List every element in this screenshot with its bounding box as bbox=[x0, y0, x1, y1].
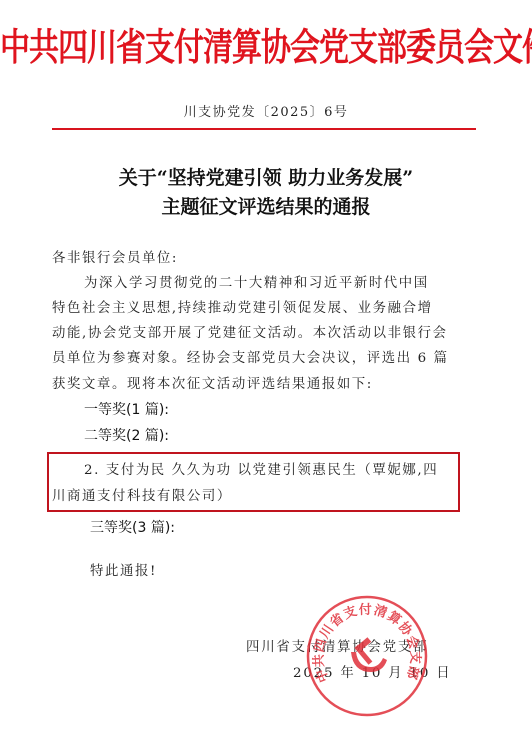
signature-date: 2025 年 10 月 10 日 bbox=[293, 662, 451, 681]
document-title-line-2: 主题征文评选结果的通报 bbox=[0, 192, 532, 219]
document-number: 川支协党发〔2025〕6号 bbox=[0, 101, 532, 120]
highlighted-entry-line-2: 川商通支付科技有限公司） bbox=[52, 485, 232, 504]
masthead-title: 中共四川省支付清算协会党支部委员会文件 bbox=[0, 16, 532, 71]
third-prize-heading: 三等奖(3 篇): bbox=[90, 517, 175, 537]
official-seal-stamp: 中共四川省支付清算协会支部委员会 bbox=[305, 594, 429, 718]
second-prize-heading: 二等奖(2 篇): bbox=[84, 425, 169, 445]
closing-statement: 特此通报! bbox=[90, 560, 157, 579]
paragraph-line: 特色社会主义思想,持续推动党建引领促发展、业务融合增 bbox=[52, 297, 433, 316]
highlighted-entry-line-1: 2. 支付为民 久久为功 以党建引领惠民生（覃妮娜,四 bbox=[84, 459, 438, 478]
paragraph-line: 为深入学习贯彻党的二十大精神和习近平新时代中国 bbox=[84, 272, 429, 291]
signature-organization: 四川省支付清算协会党支部 bbox=[246, 636, 428, 655]
first-prize-heading: 一等奖(1 篇): bbox=[84, 399, 169, 419]
paragraph-line: 获奖文章。现将本次征文活动评选结果通报如下: bbox=[52, 373, 373, 392]
paragraph-line: 员单位为参赛对象。经协会支部党员大会决议，评选出 6 篇 bbox=[52, 347, 449, 366]
paragraph-line: 动能,协会党支部开展了党建征文活动。本次活动以非银行会 bbox=[52, 322, 448, 341]
red-divider bbox=[52, 128, 476, 130]
salutation: 各非银行会员单位: bbox=[52, 247, 178, 266]
document-page: 中共四川省支付清算协会党支部委员会文件 川支协党发〔2025〕6号 关于“坚持党… bbox=[0, 0, 532, 732]
document-title-line-1: 关于“坚持党建引领 助力业务发展” bbox=[0, 163, 532, 190]
